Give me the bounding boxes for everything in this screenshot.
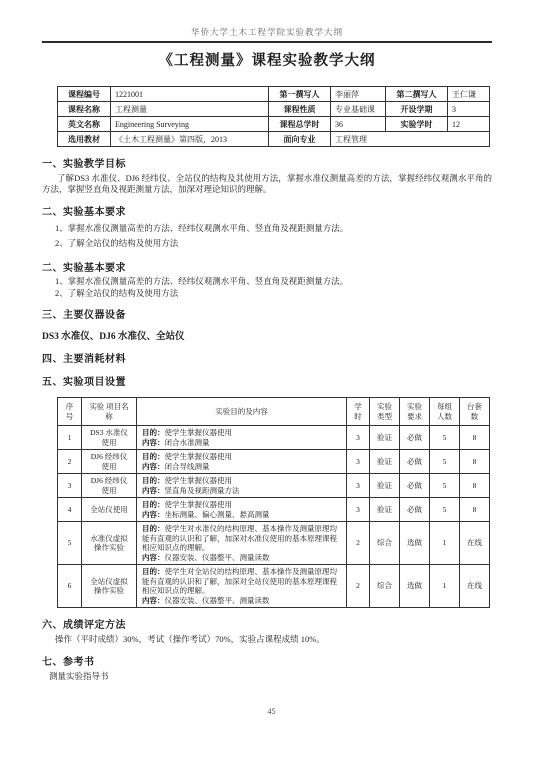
info-label-course-name: 课程名称 <box>58 102 111 117</box>
exp-type: 综合 <box>370 565 400 608</box>
exp-no: 3 <box>58 474 82 498</box>
exp-no: 1 <box>58 426 82 450</box>
requirement-item: 1、掌握水准仪测量高差的方法、经纬仪观测水平角、竖直角及视距测量方法。 <box>55 223 492 233</box>
col-header-sets: 台套 数 <box>460 398 490 426</box>
info-value-author-2: 王仁谦 <box>448 87 490 102</box>
page-title: 《工程测量》课程实验教学大纲 <box>42 49 492 70</box>
content-text: 竖直角及视距测量方法 <box>165 486 240 495</box>
grading-text: 操作（平时成绩）30%，考试（操作考试）70%，实验占课程成绩 10%。 <box>55 634 492 645</box>
purpose-label: 目的： <box>142 567 165 576</box>
purpose-label: 目的： <box>142 476 165 485</box>
info-value-lab-hours: 12 <box>448 117 490 132</box>
info-label-author-1: 第一撰写人 <box>269 87 331 102</box>
content-label: 内容： <box>142 486 165 495</box>
exp-name: 全站仪使用 <box>82 498 137 522</box>
purpose-text: 使学生掌握仪器使用 <box>165 452 233 461</box>
exp-no: 6 <box>58 565 82 608</box>
info-value-course-name: 工程测量 <box>111 102 269 117</box>
section-heading-consumables: 四、主要消耗材料 <box>42 350 492 365</box>
content-text: 仪器安装、仪器整平、测量读数 <box>165 596 270 605</box>
info-row: 英文名称 Engineering Surveying 课程总学时 36 实验学时… <box>58 117 490 132</box>
exp-type: 验证 <box>370 426 400 450</box>
experiment-row: 1 DS3 水准仪使用 目的：使学生掌握仪器使用 内容：闭合水准测量 3 验证 … <box>58 426 490 450</box>
col-header-name: 实验 项目名称 <box>82 398 137 426</box>
section-heading-objectives: 一、实验教学目标 <box>42 155 492 170</box>
experiment-row: 6 全站仪虚拟操作实验 目的：使学生对全站仪的结构原理、基本操作及测量原理均能有… <box>58 565 490 608</box>
experiment-row: 4 全站仪使用 目的：使学生掌握仪器使用 内容：坐标测量、偏心测量、悬高测量 3… <box>58 498 490 522</box>
col-header-group: 每组 人数 <box>430 398 460 426</box>
exp-description: 目的：使学生掌握仪器使用 内容：闭合水准测量 <box>137 426 347 450</box>
info-value-english-name: Engineering Surveying <box>111 117 269 132</box>
info-row: 课程编号 1221001 第一撰写人 李丽萍 第二撰写人 王仁谦 <box>58 87 490 102</box>
info-value-textbook: 《土木工程测量》第四版，2013 <box>111 132 269 147</box>
purpose-label: 目的： <box>142 524 165 533</box>
exp-hours: 3 <box>347 426 370 450</box>
exp-description: 目的：使学生对全站仪的结构原理、基本操作及测量原理均能有直观的认识和了解，加深对… <box>137 565 347 608</box>
exp-description: 目的：使学生掌握仪器使用 内容：闭合导线测量 <box>137 450 347 474</box>
exp-req: 必做 <box>400 450 430 474</box>
info-label-course-nature: 课程性质 <box>269 102 331 117</box>
exp-no: 2 <box>58 450 82 474</box>
content-text: 坐标测量、偏心测量、悬高测量 <box>165 510 270 519</box>
info-label-lab-hours: 实验学时 <box>386 117 448 132</box>
exp-req: 必做 <box>400 426 430 450</box>
section-heading-requirements-2: 二、实验基本要求 <box>42 259 492 274</box>
header-divider <box>42 41 492 43</box>
exp-group: 1 <box>430 565 460 608</box>
exp-no: 4 <box>58 498 82 522</box>
col-header-type: 实验 类型 <box>370 398 400 426</box>
exp-group: 5 <box>430 474 460 498</box>
exp-hours: 2 <box>347 522 370 565</box>
exp-type: 验证 <box>370 498 400 522</box>
section-heading-grading: 六、成绩评定方法 <box>42 616 492 631</box>
exp-type: 综合 <box>370 522 400 565</box>
exp-hours: 3 <box>347 498 370 522</box>
document-page: 华侨大学土木工程学院实验教学大纲 《工程测量》课程实验教学大纲 课程编号 122… <box>0 0 543 768</box>
section-heading-references: 七、参考书 <box>42 653 492 668</box>
requirement-item: 2、了解全站仪的结构及使用方法 <box>55 288 492 298</box>
experiment-row: 2 DJ6 经纬仪使用 目的：使学生掌握仪器使用 内容：闭合导线测量 3 验证 … <box>58 450 490 474</box>
exp-name: 水准仪虚拟操作实验 <box>82 522 137 565</box>
reference-text: 测量实验指导书 <box>49 671 492 682</box>
exp-req: 选做 <box>400 522 430 565</box>
experiment-header-row: 序号 实验 项目名称 实验目的及内容 学时 实验 类型 实验 要求 每组 人数 … <box>58 398 490 426</box>
exp-sets: 8 <box>460 426 490 450</box>
purpose-label: 目的： <box>142 500 165 509</box>
info-value-author-1: 李丽萍 <box>331 87 386 102</box>
content-text: 闭合水准测量 <box>165 438 210 447</box>
purpose-text: 使学生掌握仪器使用 <box>165 500 233 509</box>
exp-group: 5 <box>430 450 460 474</box>
section-heading-projects: 五、实验项目设置 <box>42 373 492 388</box>
exp-req: 必做 <box>400 498 430 522</box>
requirement-item: 2、了解全站仪的结构及使用方法 <box>55 238 492 248</box>
info-value-total-hours: 36 <box>331 117 386 132</box>
exp-req: 必做 <box>400 474 430 498</box>
experiment-table: 序号 实验 项目名称 实验目的及内容 学时 实验 类型 实验 要求 每组 人数 … <box>57 397 490 608</box>
exp-description: 目的：使学生对水准仪的结构原理、基本操作及测量原理均能有直观的认识和了解，加深对… <box>137 522 347 565</box>
document-header: 华侨大学土木工程学院实验教学大纲 <box>42 26 492 38</box>
exp-type: 验证 <box>370 450 400 474</box>
exp-sets: 在线 <box>460 522 490 565</box>
info-label-total-hours: 课程总学时 <box>269 117 331 132</box>
info-row: 选用教材 《土木工程测量》第四版，2013 面向专业 工程管理 <box>58 132 490 147</box>
exp-type: 验证 <box>370 474 400 498</box>
exp-name: DJ6 经纬仪使用 <box>82 474 137 498</box>
exp-description: 目的：使学生掌握仪器使用 内容：坐标测量、偏心测量、悬高测量 <box>137 498 347 522</box>
content-label: 内容： <box>142 553 165 562</box>
info-value-course-nature: 专业基础课 <box>331 102 386 117</box>
content-label: 内容： <box>142 438 165 447</box>
content-label: 内容： <box>142 462 165 471</box>
experiment-row: 3 DJ6 经纬仪使用 目的：使学生掌握仪器使用 内容：竖直角及视距测量方法 3… <box>58 474 490 498</box>
purpose-text: 使学生对水准仪的结构原理、基本操作及测量原理均能有直观的认识和了解，加深对水准仪… <box>142 524 337 552</box>
exp-name: DJ6 经纬仪使用 <box>82 450 137 474</box>
requirement-item: 1、掌握水准仪测量高差的方法、经纬仪观测水平角、竖直角及视距测量方法。 <box>55 276 492 286</box>
section-body-objectives: 了解DS3 水准仪、DJ6 经纬仪、全站仪的结构及其使用方法，掌握水准仪测量高差… <box>42 173 492 195</box>
exp-hours: 2 <box>347 565 370 608</box>
equipment-list: DS3 水准仪、DJ6 水准仪、全站仪 <box>42 328 492 342</box>
info-label-semester: 开设学期 <box>386 102 448 117</box>
info-label-course-code: 课程编号 <box>58 87 111 102</box>
info-label-author-2: 第二撰写人 <box>386 87 448 102</box>
exp-name: DS3 水准仪使用 <box>82 426 137 450</box>
exp-hours: 3 <box>347 474 370 498</box>
info-value-course-code: 1221001 <box>111 87 269 102</box>
col-header-hours: 学时 <box>347 398 370 426</box>
exp-req: 选做 <box>400 565 430 608</box>
info-label-textbook: 选用教材 <box>58 132 111 147</box>
content-text: 闭合导线测量 <box>165 462 210 471</box>
section-heading-equipment: 三、主要仪器设备 <box>42 306 492 321</box>
purpose-text: 使学生掌握仪器使用 <box>165 476 233 485</box>
exp-hours: 3 <box>347 450 370 474</box>
exp-no: 5 <box>58 522 82 565</box>
exp-description: 目的：使学生掌握仪器使用 内容：竖直角及视距测量方法 <box>137 474 347 498</box>
exp-sets: 8 <box>460 474 490 498</box>
exp-group: 1 <box>430 522 460 565</box>
content-label: 内容： <box>142 596 165 605</box>
exp-sets: 8 <box>460 450 490 474</box>
exp-name: 全站仪虚拟操作实验 <box>82 565 137 608</box>
page-number: 45 <box>0 707 543 716</box>
purpose-label: 目的： <box>142 428 165 437</box>
section-heading-requirements-1: 二、实验基本要求 <box>42 203 492 218</box>
col-header-req: 实验 要求 <box>400 398 430 426</box>
info-value-major: 工程管理 <box>331 132 490 147</box>
experiment-row: 5 水准仪虚拟操作实验 目的：使学生对水准仪的结构原理、基本操作及测量原理均能有… <box>58 522 490 565</box>
info-label-major: 面向专业 <box>269 132 331 147</box>
content-text: 仪器安装、仪器整平、测量读数 <box>165 553 270 562</box>
exp-sets: 在线 <box>460 565 490 608</box>
purpose-text: 使学生对全站仪的结构原理、基本操作及测量原理均能有直观的认识和了解，加深对全站仪… <box>142 567 337 595</box>
exp-group: 5 <box>430 426 460 450</box>
content-label: 内容： <box>142 510 165 519</box>
info-label-english-name: 英文名称 <box>58 117 111 132</box>
purpose-label: 目的： <box>142 452 165 461</box>
course-info-table: 课程编号 1221001 第一撰写人 李丽萍 第二撰写人 王仁谦 课程名称 工程… <box>57 86 490 147</box>
purpose-text: 使学生掌握仪器使用 <box>165 428 233 437</box>
col-header-purpose: 实验目的及内容 <box>137 398 347 426</box>
exp-sets: 8 <box>460 498 490 522</box>
exp-group: 5 <box>430 498 460 522</box>
col-header-no: 序号 <box>58 398 82 426</box>
info-value-semester: 3 <box>448 102 490 117</box>
info-row: 课程名称 工程测量 课程性质 专业基础课 开设学期 3 <box>58 102 490 117</box>
